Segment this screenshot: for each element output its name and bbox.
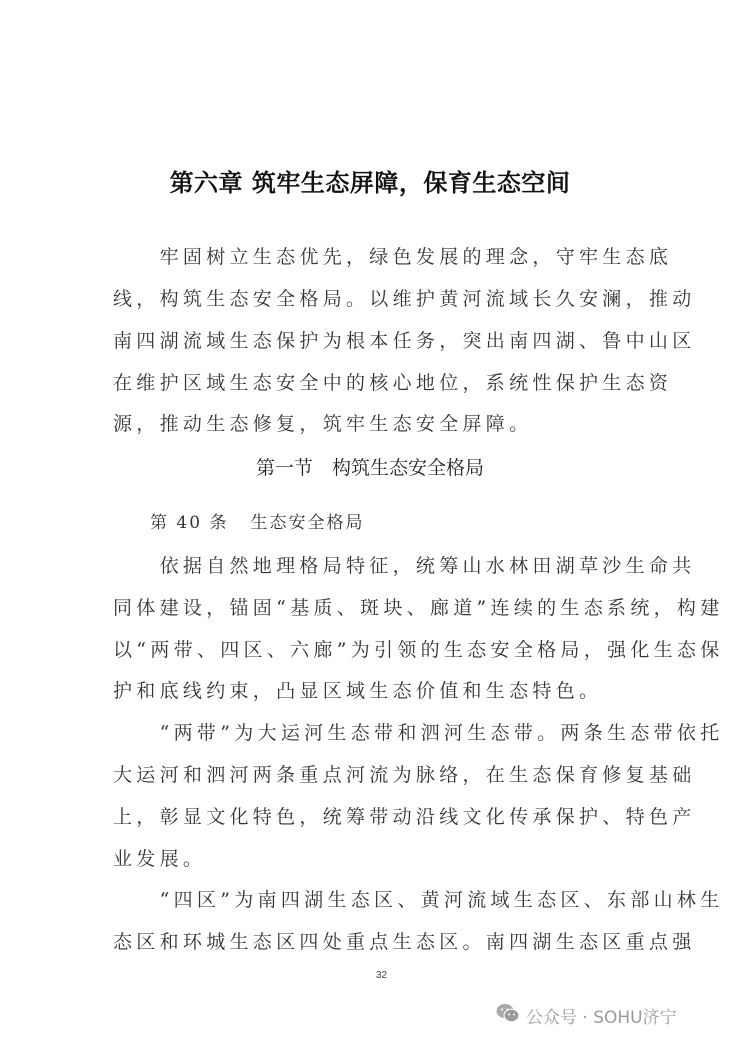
paragraph-line: 大运河和泗河两条重点河流为脉络，在生态保育修复基础 — [113, 765, 628, 785]
watermark-text: 公众号 · SOHU济宁 — [526, 1003, 677, 1028]
paragraph-line: 同体建设，锚固“基质、斑块、廊道”连续的生态系统，构建 — [113, 598, 628, 618]
watermark: 公众号 · SOHU济宁 — [496, 1003, 677, 1028]
paragraph-line: 护和底线约束，凸显区域生态价值和生态特色。 — [113, 681, 628, 701]
paragraph-line: 态区和环城生态区四处重点生态区。南四湖生态区重点强 — [113, 932, 628, 952]
article-heading: 第 40 条生态安全格局 — [150, 508, 364, 533]
paragraph-line: 源，推动生态修复，筑牢生态安全屏障。 — [113, 414, 628, 434]
paragraph-line: 线，构筑生态安全格局。以维护黄河流域长久安澜，推动 — [113, 289, 628, 309]
paragraph-line: 牢固树立生态优先，绿色发展的理念，守牢生态底 — [113, 247, 628, 267]
section-title: 第一节 构筑生态安全格局 — [0, 453, 740, 480]
paragraph-line: 依据自然地理格局特征，统筹山水林田湖草沙生命共 — [113, 556, 628, 576]
article-title: 生态安全格局 — [250, 513, 364, 533]
article-number: 第 40 条 — [150, 513, 228, 533]
paragraph-line: “两带”为大运河生态带和泗河生态带。两条生态带依托 — [113, 723, 628, 743]
paragraph-line: 南四湖流域生态保护为根本任务，突出南四湖、鲁中山区 — [113, 331, 628, 351]
paragraph-line: 业发展。 — [113, 849, 628, 869]
page-number: 32 — [376, 970, 387, 981]
wechat-icon — [496, 1003, 526, 1028]
paragraph-line: 上，彰显文化特色，统筹带动沿线文化传承保护、特色产 — [113, 807, 628, 827]
paragraph-line: 以“两带、四区、六廊”为引领的生态安全格局，强化生态保 — [113, 640, 628, 660]
paragraph-line: 在维护区域生态安全中的核心地位，系统性保护生态资 — [113, 373, 628, 393]
chapter-title: 第六章 筑牢生态屏障，保育生态空间 — [0, 163, 740, 198]
paragraph-line: “四区”为南四湖生态区、黄河流域生态区、东部山林生 — [113, 890, 628, 910]
